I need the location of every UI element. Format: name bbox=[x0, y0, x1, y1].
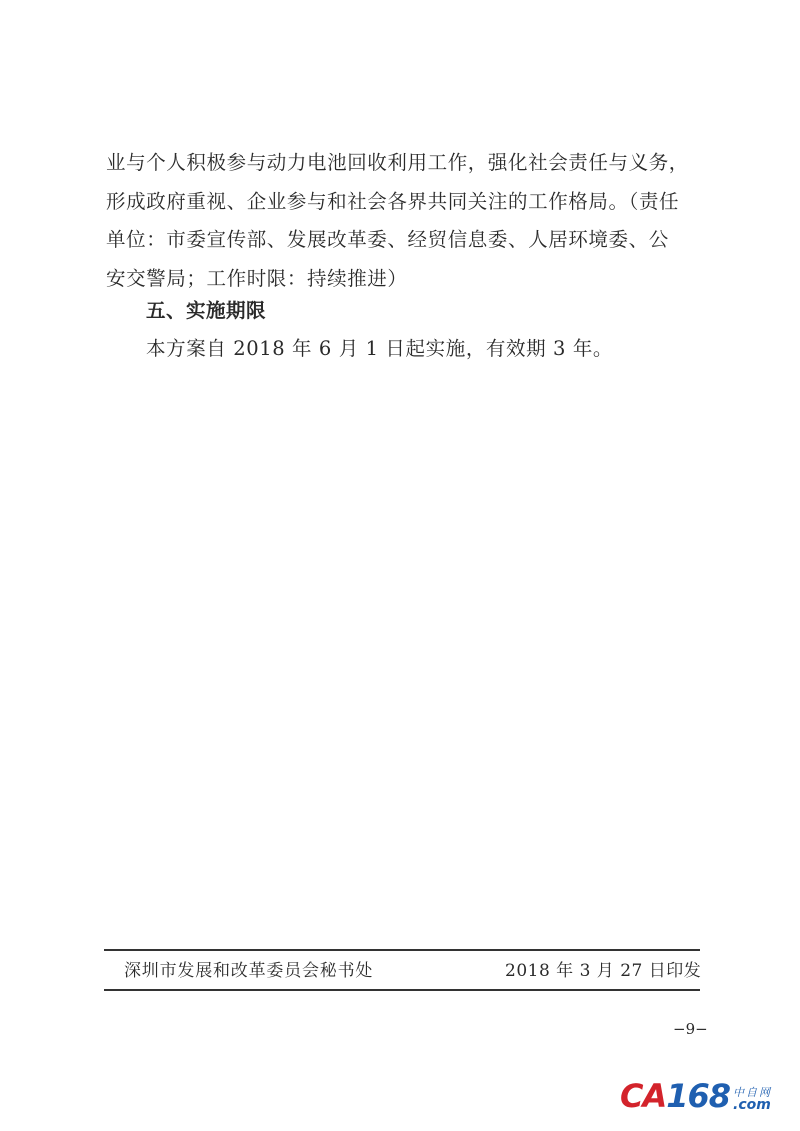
paragraph-line: 安交警局；工作时限：持续推进） bbox=[106, 260, 696, 299]
paragraph-line: 业与个人积极参与动力电池回收利用工作，强化社会责任与义务， bbox=[106, 144, 696, 183]
logo-domain: .com bbox=[733, 1098, 772, 1112]
section-body: 本方案自 2018 年 6 月 1 日起实施，有效期 3 年。 bbox=[146, 332, 613, 366]
logo-mark: CA168 bbox=[620, 1080, 730, 1112]
footer-bottom-rule bbox=[104, 989, 700, 991]
logo-side: 中自网 .com bbox=[733, 1087, 772, 1112]
logo-number: 168 bbox=[666, 1077, 730, 1115]
logo-ca: CA bbox=[620, 1077, 666, 1115]
footer-issue-date: 2018 年 3 月 27 日印发 bbox=[505, 956, 701, 981]
footer-top-rule bbox=[104, 949, 700, 951]
paragraph-continued: 业与个人积极参与动力电池回收利用工作，强化社会责任与义务， 形成政府重视、企业参… bbox=[106, 144, 696, 298]
paragraph-line: 单位：市委宣传部、发展改革委、经贸信息委、人居环境委、公 bbox=[106, 221, 696, 260]
paragraph-line: 形成政府重视、企业参与和社会各界共同关注的工作格局。（责任 bbox=[106, 183, 696, 222]
footer-issuer: 深圳市发展和改革委员会秘书处 bbox=[124, 956, 373, 981]
page-number: −9− bbox=[673, 1020, 708, 1038]
section-heading: 五、实施期限 bbox=[146, 294, 266, 328]
watermark-logo: CA168 中自网 .com bbox=[620, 1080, 772, 1112]
